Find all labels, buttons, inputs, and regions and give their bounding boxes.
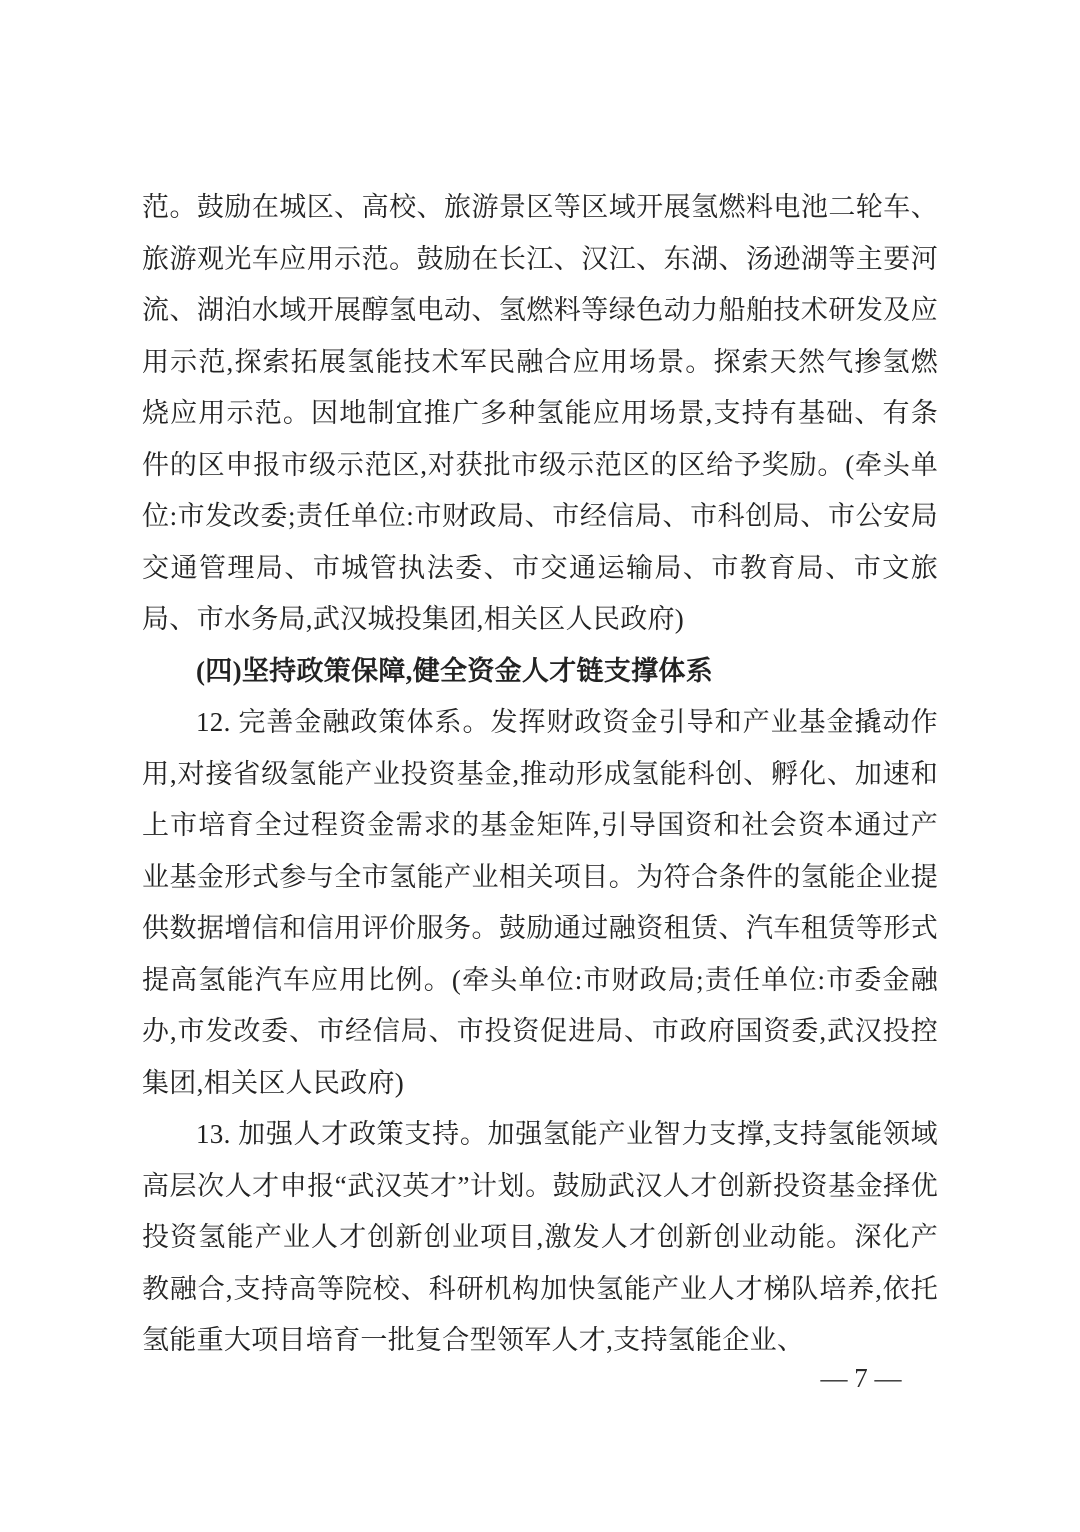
section-heading-text: (四)坚持政策保障,健全资金人才链支撑体系 [196, 656, 713, 686]
document-page: 范。鼓励在城区、高校、旅游景区等区域开展氢燃料电池二轮车、旅游观光车应用示范。鼓… [0, 0, 1080, 1532]
page-footer: — 7 — [796, 1358, 926, 1398]
paragraph-item-12-text: 发挥财政资金引导和产业基金撬动作用,对接省级氢能产业投资基金,推动形成氢能科创、… [142, 707, 938, 1098]
page-number: — 7 — [821, 1363, 902, 1393]
paragraph-item-13-lead: 13. 加强人才政策支持。 [196, 1119, 488, 1149]
section-heading: (四)坚持政策保障,健全资金人才链支撑体系 [142, 646, 938, 698]
paragraph-continuation: 范。鼓励在城区、高校、旅游景区等区域开展氢燃料电池二轮车、旅游观光车应用示范。鼓… [142, 182, 938, 646]
document-body: 范。鼓励在城区、高校、旅游景区等区域开展氢燃料电池二轮车、旅游观光车应用示范。鼓… [142, 182, 938, 1367]
paragraph-continuation-text: 范。鼓励在城区、高校、旅游景区等区域开展氢燃料电池二轮车、旅游观光车应用示范。鼓… [142, 192, 938, 634]
paragraph-item-12-lead: 12. 完善金融政策体系。 [196, 707, 491, 737]
paragraph-item-13-text: 加强氢能产业智力支撑,支持氢能领域高层次人才申报“武汉英才”计划。鼓励武汉人才创… [142, 1119, 938, 1355]
paragraph-item-12: 12. 完善金融政策体系。发挥财政资金引导和产业基金撬动作用,对接省级氢能产业投… [142, 697, 938, 1109]
paragraph-item-13: 13. 加强人才政策支持。加强氢能产业智力支撑,支持氢能领域高层次人才申报“武汉… [142, 1109, 938, 1367]
